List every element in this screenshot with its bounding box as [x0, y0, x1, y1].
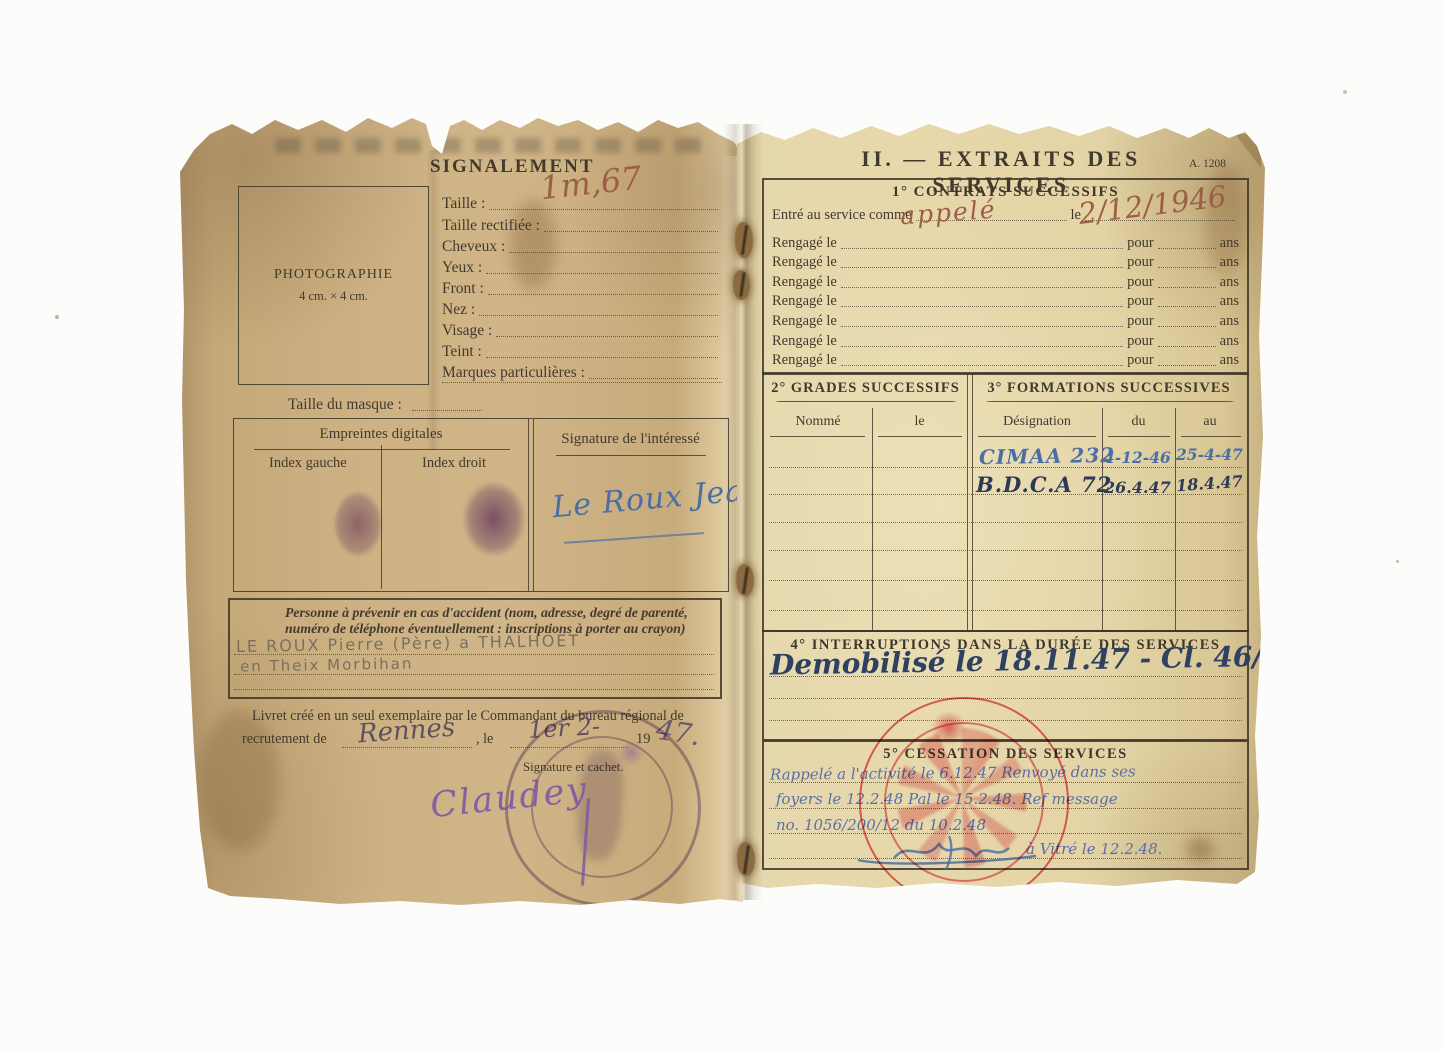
field-cheveux: Cheveux : [442, 235, 722, 256]
field-visage: Visage : [442, 319, 722, 340]
scan-speck [55, 315, 59, 319]
binding-stitch [733, 270, 750, 300]
photo-box-size: 4 cm. × 4 cm. [239, 289, 428, 304]
livret-le: , le [476, 731, 493, 748]
signature-underline [564, 532, 704, 544]
section23-box: 2° GRADES SUCCESSIFS 3° FORMATIONS SUCCE… [762, 372, 1249, 632]
dog-ear-fold [1235, 134, 1261, 168]
signature-header: Signature de l'intéressé [533, 431, 728, 448]
rule [878, 436, 962, 437]
rengage-row: Rengagé lepourans [772, 271, 1239, 291]
red-stamp-emblem [897, 728, 1027, 868]
double-divider-b [972, 374, 973, 630]
rule [776, 401, 956, 402]
purple-stamp-sparkle [618, 740, 644, 766]
photo-box: PHOTOGRAPHIE 4 cm. × 4 cm. [238, 186, 429, 385]
left-page: SIGNALEMENT PHOTOGRAPHIE 4 cm. × 4 cm. T… [180, 110, 743, 908]
field-marques: Marques particulières : [442, 361, 722, 382]
index-left-label: Index gauche [269, 455, 347, 472]
bleedthrough-smudge [275, 138, 705, 153]
rengage-rows: Rengagé lepourans Rengagé lepourans Reng… [772, 232, 1239, 369]
notify-box: Personne à prévenir en cas d'accident (n… [228, 598, 722, 699]
fingerprint-right [454, 471, 534, 567]
binding-stitch [735, 222, 753, 258]
mask-label: Taille du masque : [288, 396, 402, 414]
section2-title: 2° GRADES SUCCESSIFS [764, 380, 967, 397]
field-yeux: Yeux : [442, 256, 722, 277]
rule [769, 522, 1242, 523]
rule [769, 698, 1242, 699]
rule [254, 449, 510, 450]
rule [986, 401, 1234, 402]
section1-box: 1° CONTRATS SUCCESSIFS Entré au service … [762, 178, 1249, 375]
formation-row2-designation: B.D.C.A 72 [976, 472, 1112, 497]
col-du: du [1102, 414, 1175, 430]
formation-row2-au: 18.4.47 [1175, 472, 1243, 496]
rule [769, 610, 1242, 611]
fingerprint-table: Empreintes digitales Index gauche Index … [233, 418, 729, 592]
divider [872, 408, 873, 630]
rengage-row: Rengagé lepourans [772, 232, 1239, 252]
field-front: Front : [442, 277, 722, 298]
rengage-row: Rengagé lepourans [772, 350, 1239, 370]
notify-handwritten2: en Theix Morbihan [240, 654, 414, 675]
scan-speck [1343, 90, 1347, 94]
photo-box-label: PHOTOGRAPHIE [239, 267, 428, 283]
extra-dotted-line [442, 382, 722, 383]
scan-speck [1396, 560, 1399, 563]
form-reference: A. 1208 [1189, 158, 1226, 170]
col-le: le [872, 414, 967, 430]
binding-stitch [737, 842, 755, 876]
field-teint: Teint : [442, 340, 722, 361]
livret-line2-prefix: recrutement de [242, 731, 327, 748]
rule [769, 550, 1242, 551]
rule [770, 436, 865, 437]
col-designation: Désignation [972, 414, 1102, 430]
formation-row1-au: 25-4-47 [1176, 445, 1243, 464]
field-nez: Nez : [442, 298, 722, 319]
rule [556, 455, 706, 456]
col-au: au [1175, 414, 1245, 430]
right-page: II. — EXTRAITS DES SERVICES A. 1208 1° C… [737, 116, 1265, 894]
col-nomme: Nommé [764, 414, 872, 430]
field-taille-rectifiee: Taille rectifiée : [442, 214, 722, 235]
entry-value: appelé [899, 195, 997, 231]
formation-row1-du: 4-12-46 [1104, 448, 1171, 467]
double-divider-a [967, 374, 968, 630]
formation-row2-du: 26.4.47 [1104, 478, 1171, 497]
mask-dots [412, 410, 482, 411]
rengage-row: Rengagé lepourans [772, 310, 1239, 330]
entry-label: Entré au service comme [772, 207, 912, 224]
rule [1181, 436, 1241, 437]
rengage-row: Rengagé lepourans [772, 252, 1239, 272]
rengage-row: Rengagé lepourans [772, 330, 1239, 350]
livret-place: Rennes [357, 713, 456, 750]
formation-row1-designation: CIMAA 232 [979, 443, 1116, 469]
fingerprints-header: Empreintes digitales [234, 426, 528, 443]
divider [1102, 408, 1103, 630]
rule [234, 689, 714, 690]
red-stamp-star [932, 711, 966, 745]
section3-title: 3° FORMATIONS SUCCESSIVES [971, 380, 1247, 397]
divider [1175, 408, 1176, 630]
notify-line1: Personne à prévenir en cas d'accident (n… [285, 605, 688, 621]
index-right-label: Index droit [422, 455, 486, 472]
rule [978, 436, 1096, 437]
rule [769, 580, 1242, 581]
rengage-row: Rengagé lepourans [772, 291, 1239, 311]
binding-stitch [736, 564, 754, 596]
rule [1108, 436, 1170, 437]
